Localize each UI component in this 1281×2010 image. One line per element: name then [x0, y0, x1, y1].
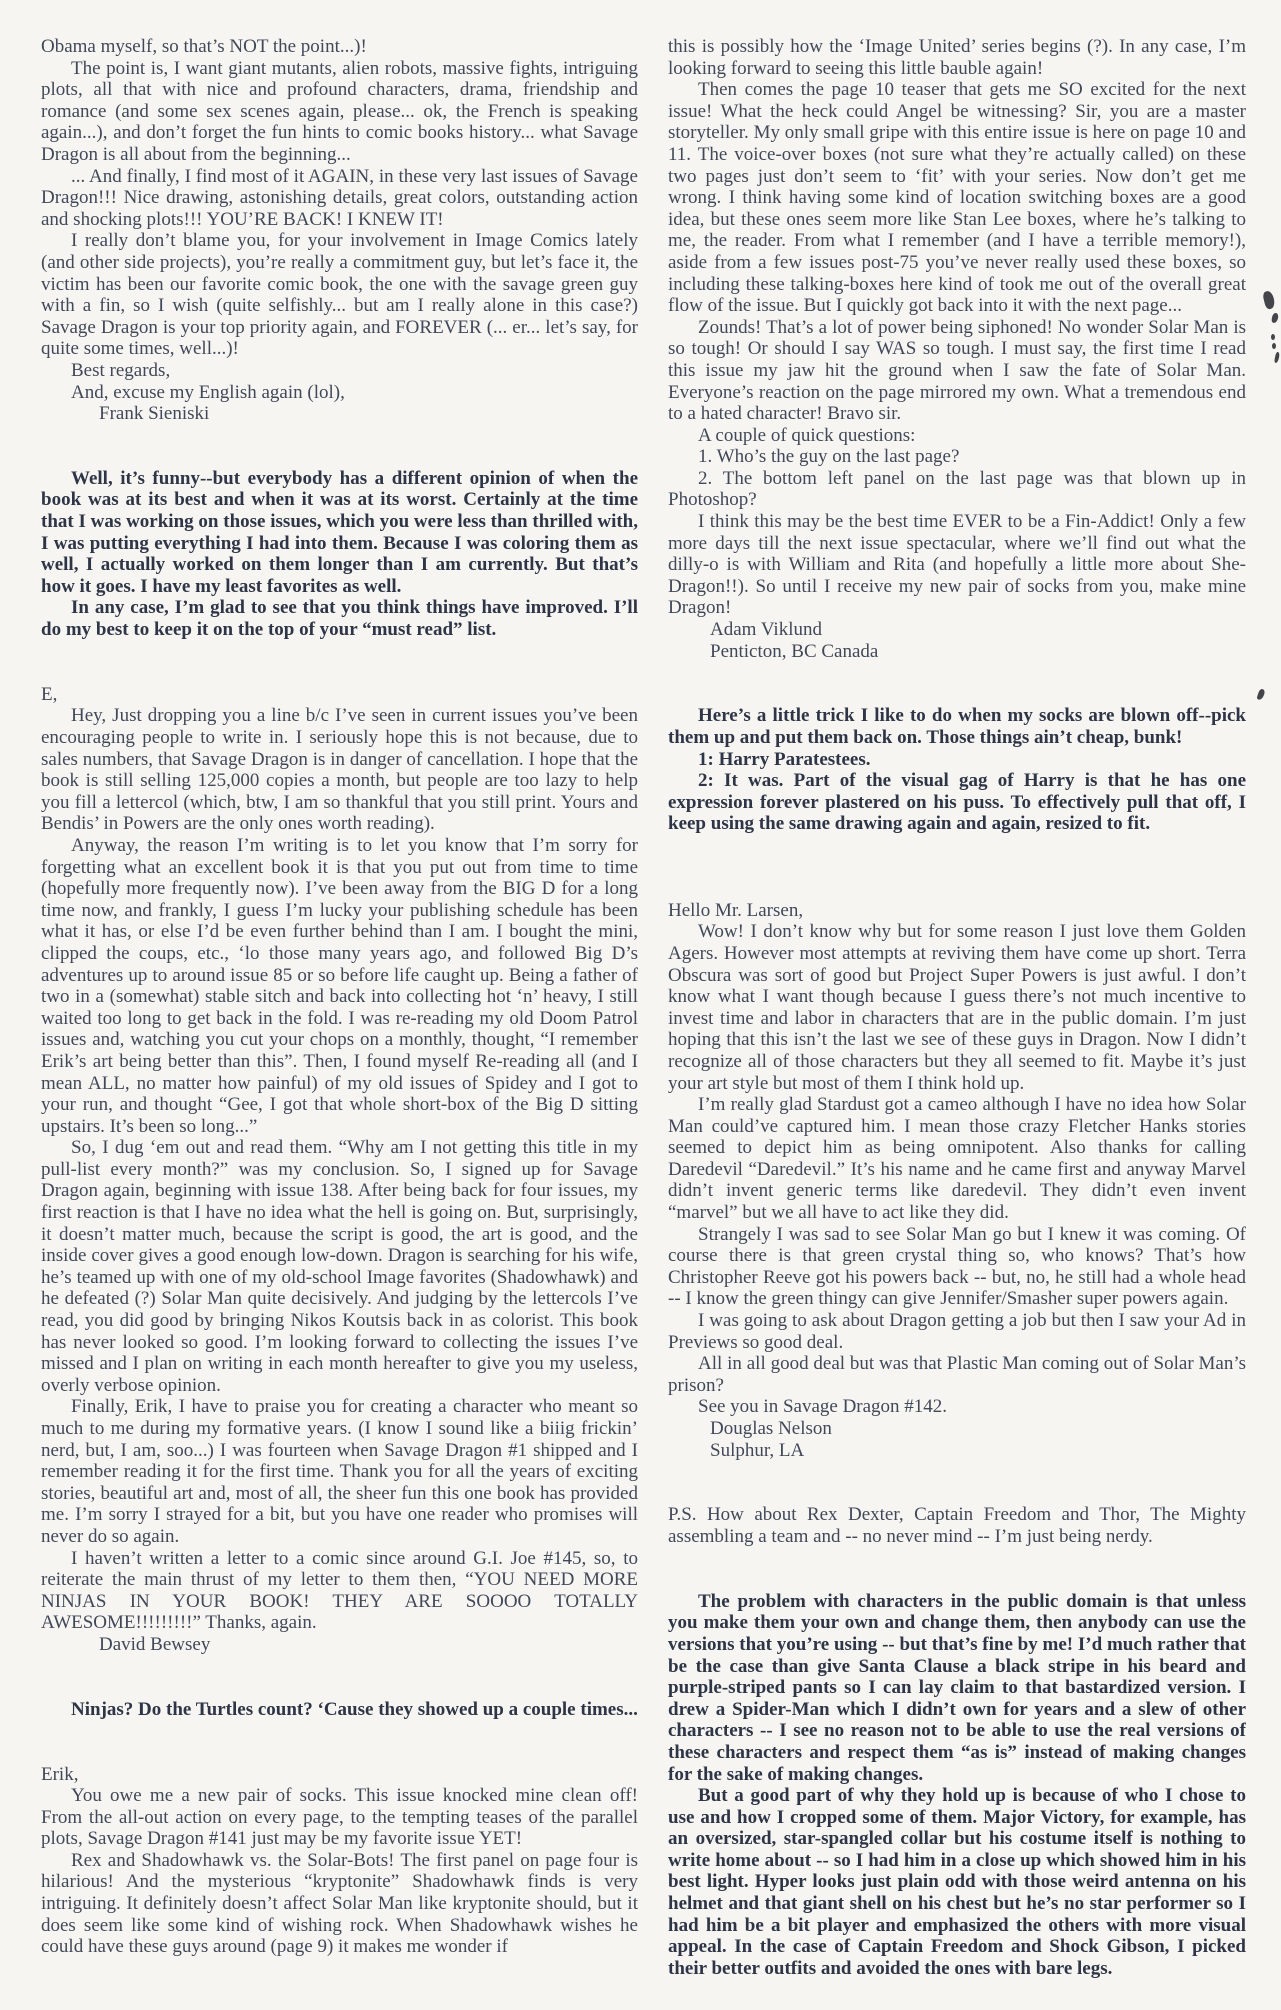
ink-smudge [1271, 312, 1279, 323]
ink-smudge [1271, 334, 1275, 340]
letter-paragraph: The point is, I want giant mutants, alie… [41, 58, 638, 166]
letter-paragraph: P.S. How about Rex Dexter, Captain Freed… [668, 1504, 1246, 1547]
signature-line: Frank Sieniski [41, 403, 638, 425]
letter-paragraph: Finally, Erik, I have to praise you for … [41, 1396, 638, 1547]
letter-paragraph: The problem with characters in the publi… [668, 1591, 1246, 1785]
letters-page: Obama myself, so that’s NOT the point...… [0, 0, 1281, 2010]
letter-paragraph: Strangely I was sad to see Solar Man go … [668, 1224, 1246, 1310]
letter-paragraph: Well, it’s funny--but everybody has a di… [41, 468, 638, 598]
ink-smudge [1262, 290, 1276, 310]
letter-paragraph: this is possibly how the ‘Image United’ … [668, 36, 1246, 79]
letter-paragraph: ... And finally, I find most of it AGAIN… [41, 166, 638, 231]
signature-line: Penticton, BC Canada [668, 641, 1246, 663]
letter-paragraph: Rex and Shadowhawk vs. the Solar-Bots! T… [41, 1850, 638, 1958]
letter-paragraph: All in all good deal but was that Plasti… [668, 1353, 1246, 1396]
letter-paragraph: And, excuse my English again (lol), [41, 382, 638, 404]
signature-line: David Bewsey [41, 1634, 638, 1656]
letter-paragraph: 1: Harry Paratestees. [668, 749, 1246, 771]
letter-paragraph: A couple of quick questions: [668, 425, 1246, 447]
signature-line: Sulphur, LA [668, 1440, 1246, 1462]
letter-paragraph: Here’s a little trick I like to do when … [668, 705, 1246, 748]
letter-paragraph: Erik, [41, 1764, 638, 1786]
letter-paragraph: Zounds! That’s a lot of power being siph… [668, 317, 1246, 425]
letter-paragraph: Best regards, [41, 360, 638, 382]
letter-paragraph: I haven’t written a letter to a comic si… [41, 1548, 638, 1634]
letter-paragraph: 2: It was. Part of the visual gag of Har… [668, 770, 1246, 835]
right-column: this is possibly how the ‘Image United’ … [668, 36, 1246, 1994]
letter-paragraph: In any case, I’m glad to see that you th… [41, 597, 638, 640]
signature-line: Adam Viklund [668, 619, 1246, 641]
letter-paragraph: So, I dug ‘em out and read them. “Why am… [41, 1137, 638, 1396]
letter-paragraph: You owe me a new pair of socks. This iss… [41, 1785, 638, 1850]
letter-paragraph: I really don’t blame you, for your invol… [41, 230, 638, 360]
ink-smudge [1272, 343, 1276, 349]
letter-paragraph: Obama myself, so that’s NOT the point...… [41, 36, 638, 58]
letter-paragraph: E, [41, 684, 638, 706]
letter-paragraph: Then comes the page 10 teaser that gets … [668, 79, 1246, 317]
letter-paragraph: 2. The bottom left panel on the last pag… [668, 468, 1246, 511]
left-column: Obama myself, so that’s NOT the point...… [41, 36, 638, 1994]
letter-paragraph: Hello Mr. Larsen, [668, 900, 1246, 922]
letter-paragraph: I’m really glad Stardust got a cameo alt… [668, 1094, 1246, 1224]
signature-line: Douglas Nelson [668, 1418, 1246, 1440]
letter-paragraph: 1. Who’s the guy on the last page? [668, 446, 1246, 468]
letter-paragraph: Anyway, the reason I’m writing is to let… [41, 835, 638, 1137]
letter-paragraph: Wow! I don’t know why but for some reaso… [668, 921, 1246, 1094]
letter-paragraph: See you in Savage Dragon #142. [668, 1396, 1246, 1418]
letter-paragraph: I was going to ask about Dragon getting … [668, 1310, 1246, 1353]
ink-smudge [1274, 352, 1280, 364]
letter-paragraph: Hey, Just dropping you a line b/c I’ve s… [41, 705, 638, 835]
letter-paragraph: I think this may be the best time EVER t… [668, 511, 1246, 619]
ink-smudge [1256, 688, 1265, 700]
letter-paragraph: Ninjas? Do the Turtles count? ‘Cause the… [41, 1699, 638, 1721]
letter-paragraph: But a good part of why they hold up is b… [668, 1785, 1246, 1979]
